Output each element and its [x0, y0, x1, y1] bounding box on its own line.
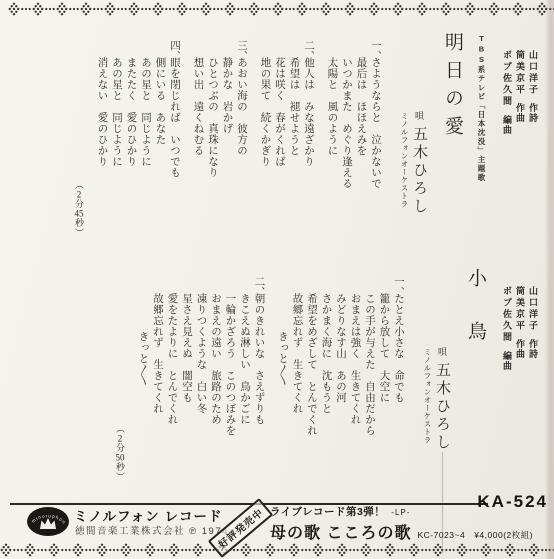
lyric-line: さようならと 泣かないで: [368, 40, 383, 252]
tie-in-text: 系テレビ「日本沈没」主題歌: [477, 66, 486, 183]
promo-catalog-price: KC-7023~4 ¥4,000(2枚組): [417, 530, 533, 540]
lyrics-block: 一、さようならと 泣かないで最后は ほほえみをいつかまた めぐり逢える太陽と 風…: [94, 30, 382, 252]
lyric-line: いつかまた めぐり逢える: [339, 40, 354, 252]
promo-title-line: 母の歌 こころの歌KC-7023~4 ¥4,000(2枚組): [270, 520, 533, 543]
promo-heading: ライブレコード第3弾！: [270, 506, 385, 518]
lyric-line: みどりなす山 あの河: [333, 276, 348, 502]
verse: 一、さようならと 泣かないで最后は ほほえみをいつかまた めぐり逢える太陽と 風…: [324, 40, 382, 252]
label-name: ミノルフォン レコード: [74, 505, 223, 525]
verse: 二、朝のきれいな さえずりもきこえぬ淋しい 鳥かごに一輪かざろう このつぼみをお…: [135, 276, 266, 502]
vocal-label: 唄: [437, 347, 447, 357]
credits-list: 山口洋子作詩筒美京平作曲ボブ佐久間編曲: [501, 286, 540, 502]
duration: （2分45秒）: [73, 180, 85, 252]
duration: （2分50秒）: [114, 424, 126, 502]
lyric-line: きっと〳〵: [135, 276, 150, 502]
verse-number: 四、: [167, 40, 182, 61]
song-title: 明日の愛: [440, 32, 464, 252]
vocal-label: 唄: [414, 111, 424, 121]
credit-role: 作曲: [515, 339, 525, 359]
credit-name: 山口洋子: [528, 286, 538, 332]
vocal-credit: 唄五木ひろし: [433, 347, 451, 502]
lyric-line: 故郷忘れず 生きてくれ: [150, 276, 165, 502]
credits-list: 山口洋子作詩筒美京平作曲ボブ佐久間編曲: [501, 50, 540, 252]
artist-name: 五木ひろし: [411, 126, 427, 216]
verse-number: 一、: [368, 40, 383, 61]
song-section-kotori: 山口洋子作詩筒美京平作曲ボブ佐久間編曲 小鳥 唄五木ひろし ミノルフォンオーケス…: [108, 266, 540, 502]
tie-in-network: TBS: [477, 34, 486, 66]
minoruphone-logo: minoruphone: [26, 506, 70, 537]
artist-name: 五木ひろし: [434, 362, 450, 452]
lyric-line: 静かな 岩かげ: [219, 40, 234, 252]
record-sleeve-back: 山口洋子作詩筒美京平作曲ボブ佐久間編曲 TBS系テレビ「日本沈没」主題歌 明日の…: [0, 0, 554, 559]
credit-role: 編曲: [502, 351, 512, 371]
promo-block: ライブレコード第3弾！-LP- 母の歌 こころの歌KC-7023~4 ¥4,00…: [270, 504, 533, 543]
lyric-line: きこえぬ淋しい 鳥かごに: [237, 276, 252, 502]
lyric-line: きっと〳〵: [275, 276, 290, 502]
credit-line: ボブ佐久間編曲: [501, 50, 514, 252]
lyric-line: 希望は 褪せようと: [286, 40, 301, 252]
lyric-line: 花は咲く 春がくれば: [272, 40, 287, 252]
decorative-border-bottom: [0, 543, 554, 557]
verse: 一、たとえ小さな 命でも籠から放して 大空にこの手が与えた 自由だからおまえは強…: [275, 276, 406, 502]
lyric-line: 籠から放して 大空に: [376, 276, 391, 502]
verse-number: 二、: [301, 40, 316, 61]
credit-name: ボブ佐久間: [502, 50, 512, 108]
verse-number: 二、: [251, 276, 266, 297]
lyric-line: 星さえ見えぬ 闇空も: [179, 276, 194, 502]
verse: 三、あおい海の 彼方の静かな 岩かげひとつぶの 真珠になり想い出 遠くねむる: [190, 40, 248, 252]
lyric-line: 消えない 愛のひかり: [94, 40, 109, 252]
lyric-line: 凍りつくような 白い冬: [193, 276, 208, 502]
tv-tie-in-note: TBS系テレビ「日本沈没」主題歌: [476, 34, 487, 252]
credit-line: 山口洋子作詩: [527, 286, 540, 502]
lyric-line: おまえの遠い 旅路のため: [208, 276, 223, 502]
credit-name: 筒美京平: [515, 286, 525, 332]
lyric-line: 眼を閉じれば いつでも: [167, 40, 182, 252]
singer-block: 唄五木ひろし ミノルフォンオーケストラ: [398, 111, 428, 252]
credit-name: 山口洋子: [528, 50, 538, 96]
lyric-line: あの星と 同じように: [138, 40, 153, 252]
credit-name: ボブ佐久間: [502, 286, 512, 344]
lyric-line: 想い出 遠くねむる: [190, 40, 205, 252]
verse-number: 三、: [234, 40, 249, 61]
scan-edge-shadow: [545, 0, 554, 559]
promo-album-title: 母の歌 こころの歌: [270, 525, 411, 542]
lyric-line: あおい海の 彼方の: [234, 40, 249, 252]
lyric-line: この手が与えた 自由だから: [362, 276, 377, 502]
orchestra-credit: ミノルフォンオーケストラ: [421, 348, 433, 502]
credit-line: 筒美京平作曲: [514, 50, 527, 252]
lyric-line: 愛をたよりに とんでくれ: [164, 276, 179, 502]
credit-role: 作詩: [528, 339, 538, 359]
singer-block: 唄五木ひろし ミノルフォンオーケストラ: [421, 347, 451, 502]
lyrics-block: 一、たとえ小さな 命でも籠から放して 大空にこの手が与えた 自由だからおまえは強…: [135, 266, 405, 502]
song-title: 小鳥: [463, 268, 487, 502]
lyric-line: 最后は ほほえみを: [353, 40, 368, 252]
credit-line: ボブ佐久間編曲: [501, 286, 514, 502]
promo-heading-line: ライブレコード第3弾！-LP-: [270, 504, 533, 519]
song-section-ashita-no-ai: 山口洋子作詩筒美京平作曲ボブ佐久間編曲 TBS系テレビ「日本沈没」主題歌 明日の…: [67, 30, 540, 252]
verse: 四、眼を閉じれば いつでも側にいる あなたあの星と 同じようにまたたく 愛のひか…: [94, 40, 181, 252]
lyric-line: 側にいる あなた: [152, 40, 167, 252]
lyric-line: 一輪かざろう このつぼみを: [222, 276, 237, 502]
lyric-line: たとえ小さな 命でも: [391, 276, 406, 502]
lyric-line: 他人は みな遠ざかり: [301, 40, 316, 252]
verse: 二、他人は みな遠ざかり希望は 褪せようと花は咲く 春がくれば地の果て 続くかぎ…: [257, 40, 315, 252]
lyric-line: おまえは強く 生きてくれ: [347, 276, 362, 502]
credit-role: 作詩: [528, 103, 538, 123]
verse-number: 一、: [391, 276, 406, 297]
lyric-line: 故郷忘れず 生きてくれ: [289, 276, 304, 502]
credit-line: 筒美京平作曲: [514, 286, 527, 502]
credit-role: 作曲: [515, 103, 525, 123]
company-line: 徳間音楽工業株式会社 ℗ 1974: [75, 523, 229, 537]
lyric-line: またたく 愛のひかり: [123, 40, 138, 252]
lyric-line: あの星と 同じように: [109, 40, 124, 252]
promo-format: -LP-: [391, 508, 410, 517]
lyric-line: 朝のきれいな さえずりも: [251, 276, 266, 502]
lyric-line: 地の果て 続くかぎり: [257, 40, 272, 252]
credit-name: 筒美京平: [515, 50, 525, 96]
credit-role: 編曲: [502, 115, 512, 135]
vocal-credit: 唄五木ひろし: [410, 111, 428, 252]
lyric-line: ひとつぶの 真珠になり: [205, 40, 220, 252]
lyric-line: 希望をめざして とんでくれ: [304, 276, 319, 502]
decorative-border-top: [8, 2, 554, 16]
orchestra-credit: ミノルフォンオーケストラ: [398, 112, 410, 252]
credit-line: 山口洋子作詩: [527, 50, 540, 252]
lyric-line: 太陽と 風のように: [324, 40, 339, 252]
lyric-line: さかまく海に 沈もうと: [318, 276, 333, 502]
